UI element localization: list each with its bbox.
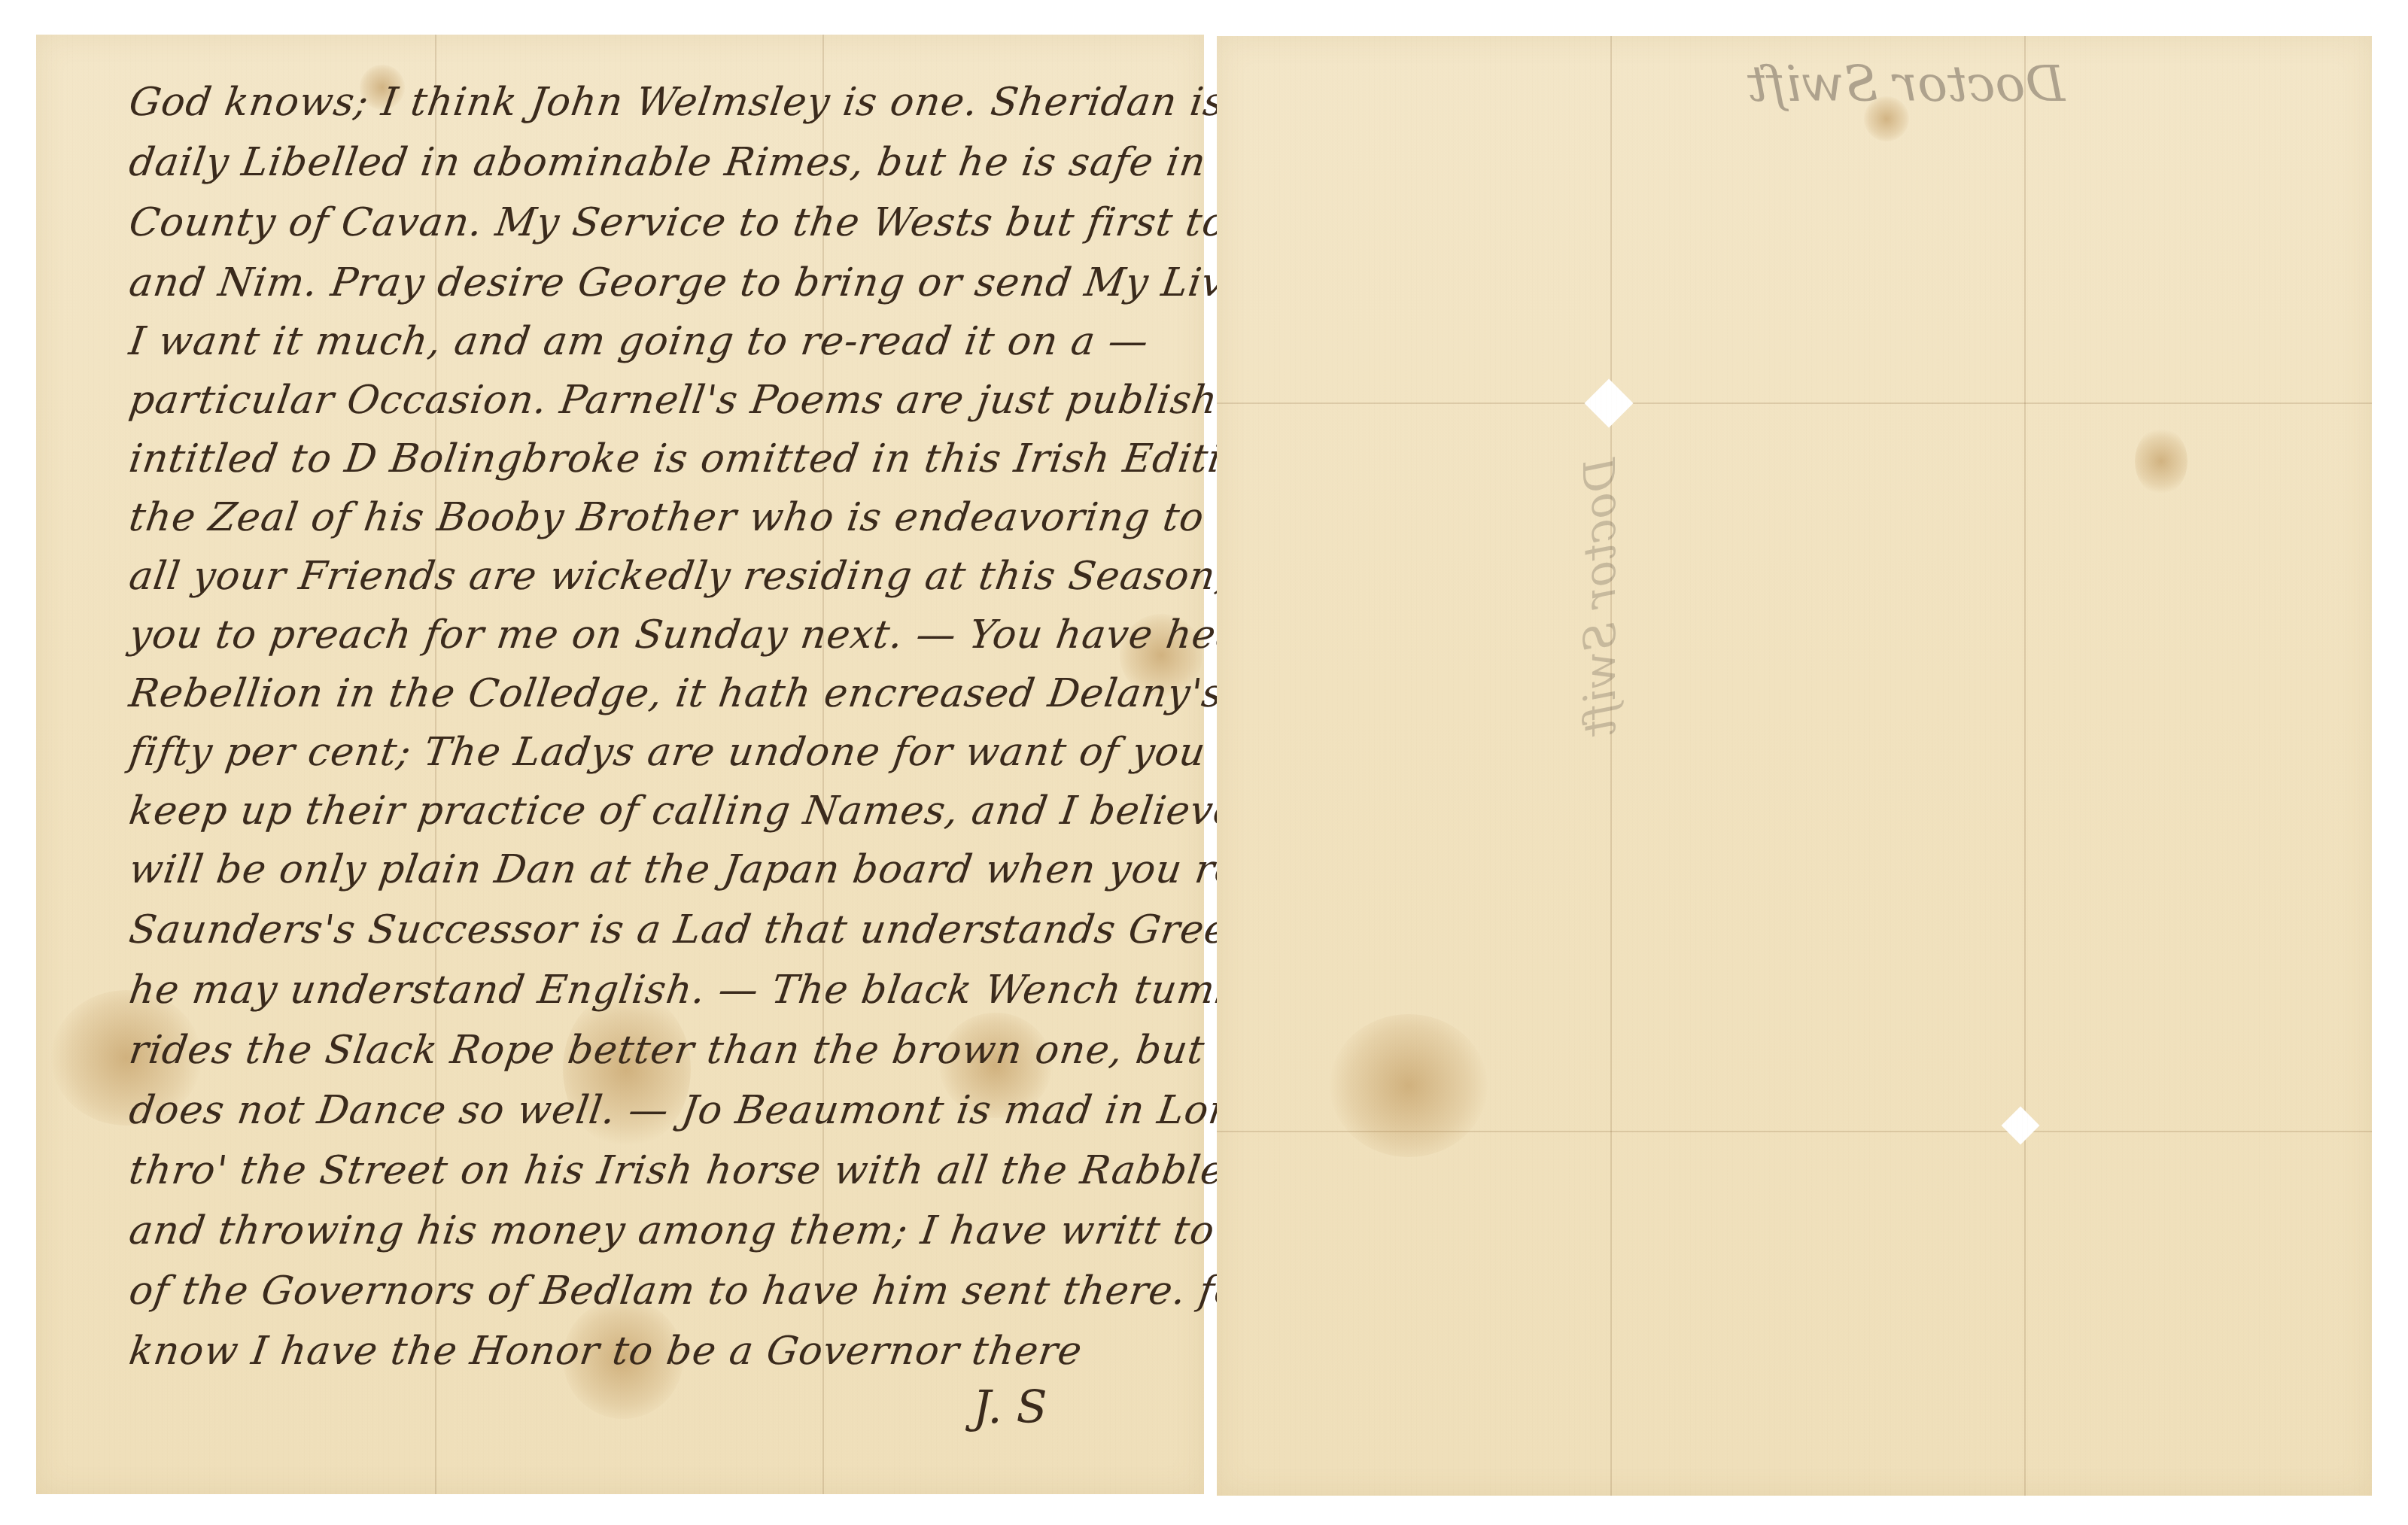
- letter-line: and Nim. Pray desire George to bring or …: [126, 260, 1336, 305]
- signature: J. S: [973, 1381, 1047, 1434]
- letter-line: of the Governors of Bedlam to have him s…: [126, 1268, 1400, 1314]
- paper-hole: [1584, 378, 1633, 427]
- letter-line: fifty per cent; The Ladys are undone for…: [126, 730, 1263, 775]
- letter-page-right: Doctor Swift Doctor Swift: [1217, 36, 2372, 1496]
- letter-line: keep up their practice of calling Names,…: [126, 788, 1327, 834]
- fold-line: [1217, 403, 2372, 404]
- letter-line: I want it much, and am going to re-read …: [126, 319, 1151, 364]
- paper-hole: [2002, 1107, 2040, 1145]
- ink-stain: [2135, 427, 2188, 495]
- letter-page-left: God knows; I think John Welmsley is one.…: [36, 35, 1204, 1494]
- ink-stain: [1330, 1014, 1488, 1157]
- letter-line: he may understand English. — The black W…: [126, 968, 1302, 1013]
- letter-line: God knows; I think John Welmsley is one.…: [126, 80, 1281, 125]
- letter-line: will be only plain Dan at the Japan boar…: [126, 847, 1343, 892]
- letter-line: County of Cavan. My Service to the Wests…: [126, 200, 1392, 245]
- letter-line: know I have the Honor to be a Governor t…: [126, 1329, 1085, 1374]
- letter-line: daily Libelled in abominable Rimes, but …: [126, 140, 1288, 185]
- address-show-through: Doctor Swift: [1570, 457, 1629, 737]
- fold-line: [1610, 36, 1612, 1496]
- fold-line: [2024, 36, 2026, 1496]
- address-mirrored: Doctor Swift: [1747, 55, 2065, 113]
- letter-line: intitled to D Bolingbroke is omitted in …: [126, 436, 1336, 481]
